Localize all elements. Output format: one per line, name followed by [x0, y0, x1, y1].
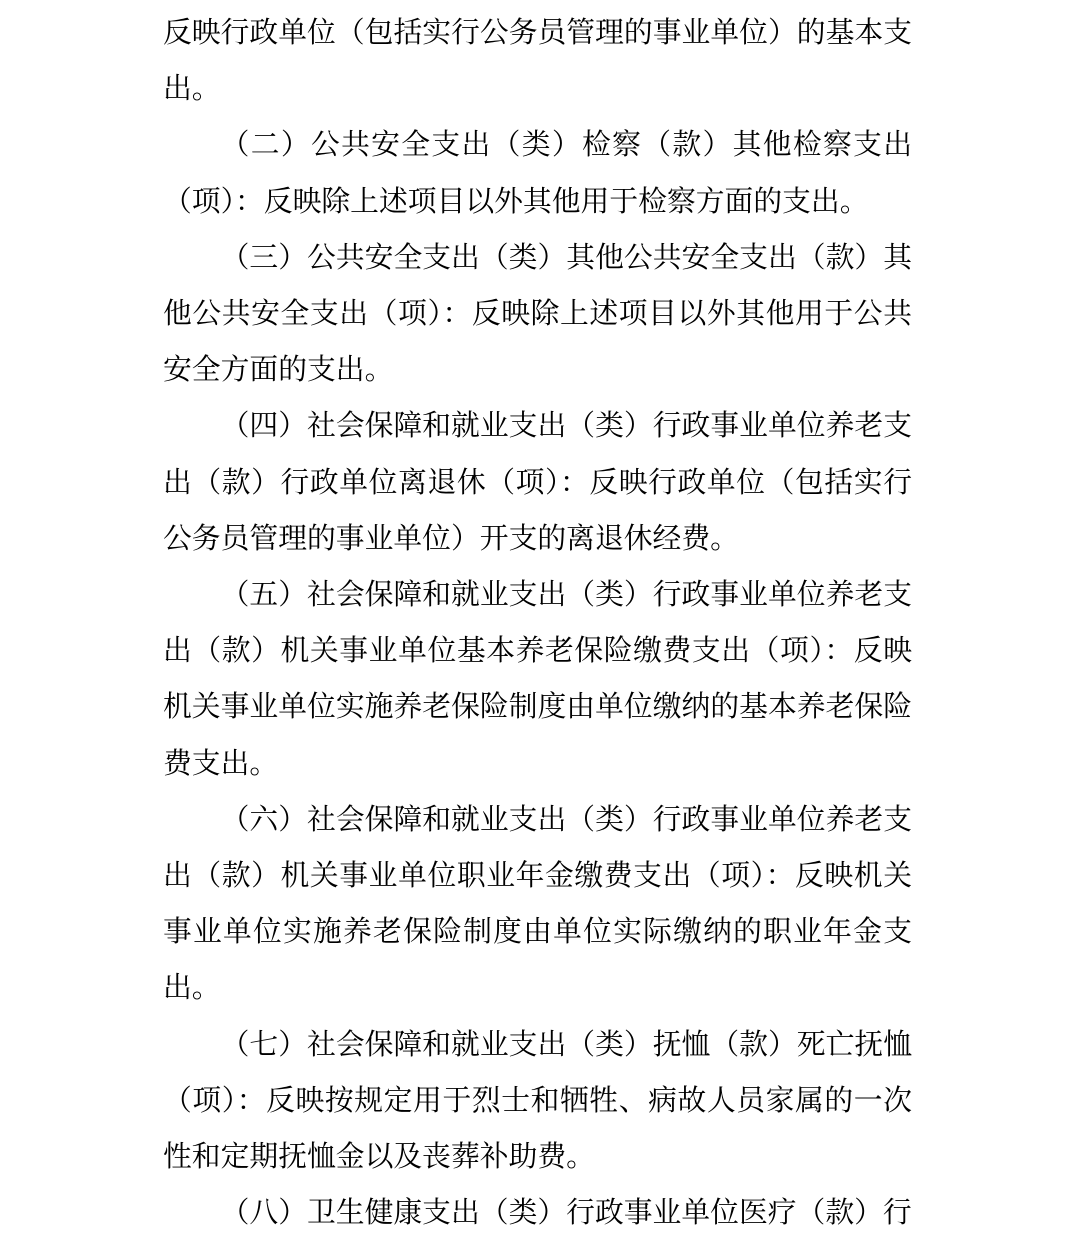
paragraph-item-6: （六）社会保障和就业支出（类）行政事业单位养老支出（款）机关事业单位职业年金缴费… [163, 792, 912, 1017]
paragraph-item-2: （二）公共安全支出（类）检察（款）其他检察支出（项）：反映除上述项目以外其他用于… [163, 117, 912, 229]
paragraph-continuation-item-1: 反映行政单位（包括实行公务员管理的事业单位）的基本支出。 [163, 5, 912, 117]
paragraph-item-5: （五）社会保障和就业支出（类）行政事业单位养老支出（款）机关事业单位基本养老保险… [163, 567, 912, 792]
paragraph-item-3: （三）公共安全支出（类）其他公共安全支出（款）其他公共安全支出（项）：反映除上述… [163, 230, 912, 399]
document-page: 反映行政单位（包括实行公务员管理的事业单位）的基本支出。 （二）公共安全支出（类… [0, 0, 1074, 1247]
paragraph-item-7: （七）社会保障和就业支出（类）抚恤（款）死亡抚恤（项）：反映按规定用于烈士和牺牲… [163, 1017, 912, 1186]
document-text-block: 反映行政单位（包括实行公务员管理的事业单位）的基本支出。 （二）公共安全支出（类… [163, 5, 912, 1241]
paragraph-item-4: （四）社会保障和就业支出（类）行政事业单位养老支出（款）行政单位离退休（项）：反… [163, 398, 912, 567]
paragraph-item-8: （八）卫生健康支出（类）行政事业单位医疗（款）行 [163, 1185, 912, 1241]
